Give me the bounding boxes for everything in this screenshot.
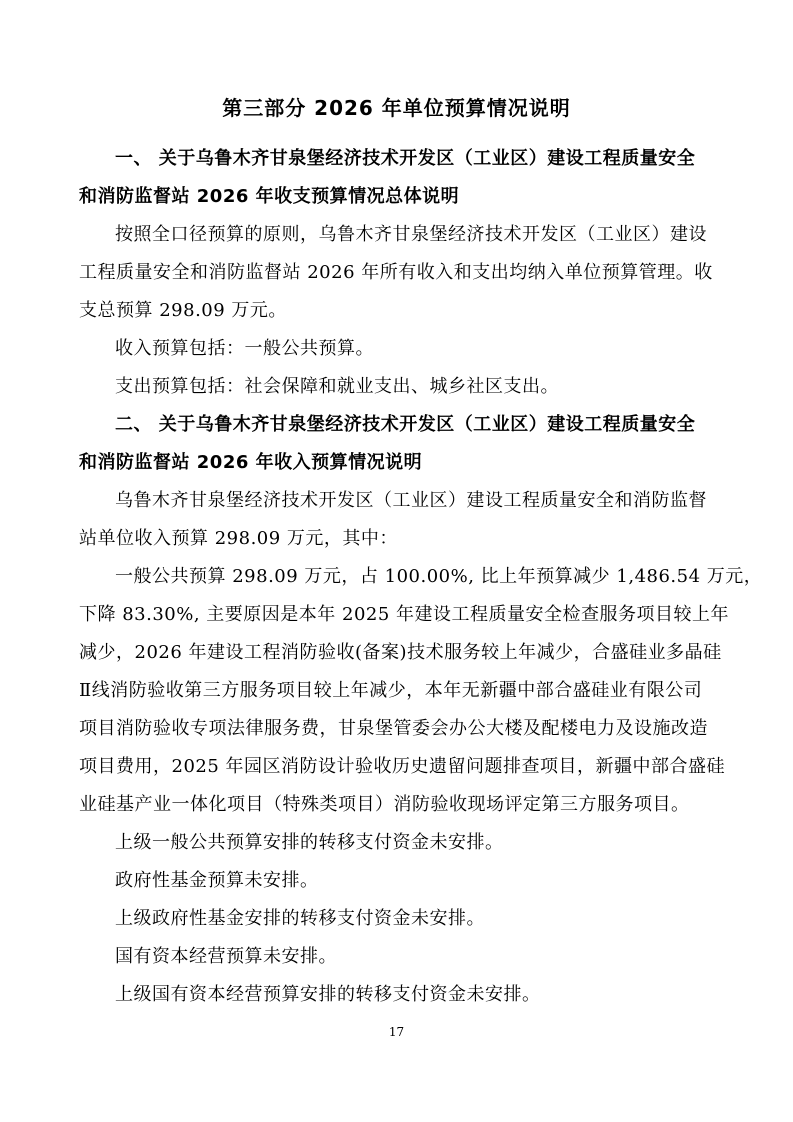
text-line: 支总预算 298.09 万元。 bbox=[79, 292, 713, 330]
text-line: 支出预算包括：社会保障和就业支出、城乡社区支出。 bbox=[79, 368, 713, 406]
text-line: 和消防监督站 2026 年收支预算情况总体说明 bbox=[79, 178, 713, 216]
text-line: 项目消防验收专项法律服务费，甘泉堡管委会办公大楼及配楼电力及设施改造 bbox=[79, 710, 713, 748]
text-line: 减少，2026 年建设工程消防验收(备案)技术服务较上年减少，合盛硅业多晶硅 bbox=[79, 634, 713, 672]
text-line: 乌鲁木齐甘泉堡经济技术开发区（工业区）建设工程质量安全和消防监督 bbox=[79, 482, 713, 520]
document-page: 第三部分 2026 年单位预算情况说明 一、 关于乌鲁木齐甘泉堡经济技术开发区（… bbox=[0, 0, 793, 1122]
text-line: 业硅基产业一体化项目（特殊类项目）消防验收现场评定第三方服务项目。 bbox=[79, 786, 713, 824]
text-line: Ⅱ线消防验收第三方服务项目较上年减少，本年无新疆中部合盛硅业有限公司 bbox=[79, 672, 713, 710]
text-line: 站单位收入预算 298.09 万元，其中： bbox=[79, 520, 713, 558]
text-line: 上级国有资本经营预算安排的转移支付资金未安排。 bbox=[79, 976, 713, 1014]
text-line: 一般公共预算 298.09 万元，占 100.00%, 比上年预算减少 1,48… bbox=[79, 558, 713, 596]
text-line: 政府性基金预算未安排。 bbox=[79, 862, 713, 900]
document-title: 第三部分 2026 年单位预算情况说明 bbox=[0, 89, 793, 127]
text-line: 按照全口径预算的原则，乌鲁木齐甘泉堡经济技术开发区（工业区）建设 bbox=[79, 216, 713, 254]
document-lines: 一、 关于乌鲁木齐甘泉堡经济技术开发区（工业区）建设工程质量安全和消防监督站 2… bbox=[79, 140, 713, 1014]
text-line: 和消防监督站 2026 年收入预算情况说明 bbox=[79, 444, 713, 482]
text-line: 工程质量安全和消防监督站 2026 年所有收入和支出均纳入单位预算管理。收 bbox=[79, 254, 713, 292]
text-line: 国有资本经营预算未安排。 bbox=[79, 938, 713, 976]
text-line: 项目费用，2025 年园区消防设计验收历史遗留问题排查项目，新疆中部合盛硅 bbox=[79, 748, 713, 786]
text-line: 一、 关于乌鲁木齐甘泉堡经济技术开发区（工业区）建设工程质量安全 bbox=[79, 140, 713, 178]
text-line: 收入预算包括：一般公共预算。 bbox=[79, 330, 713, 368]
text-line: 二、 关于乌鲁木齐甘泉堡经济技术开发区（工业区）建设工程质量安全 bbox=[79, 406, 713, 444]
text-line: 上级政府性基金安排的转移支付资金未安排。 bbox=[79, 900, 713, 938]
page-number: 17 bbox=[0, 1022, 793, 1042]
text-line: 下降 83.30%, 主要原因是本年 2025 年建设工程质量安全检查服务项目较… bbox=[79, 596, 713, 634]
text-line: 上级一般公共预算安排的转移支付资金未安排。 bbox=[79, 824, 713, 862]
